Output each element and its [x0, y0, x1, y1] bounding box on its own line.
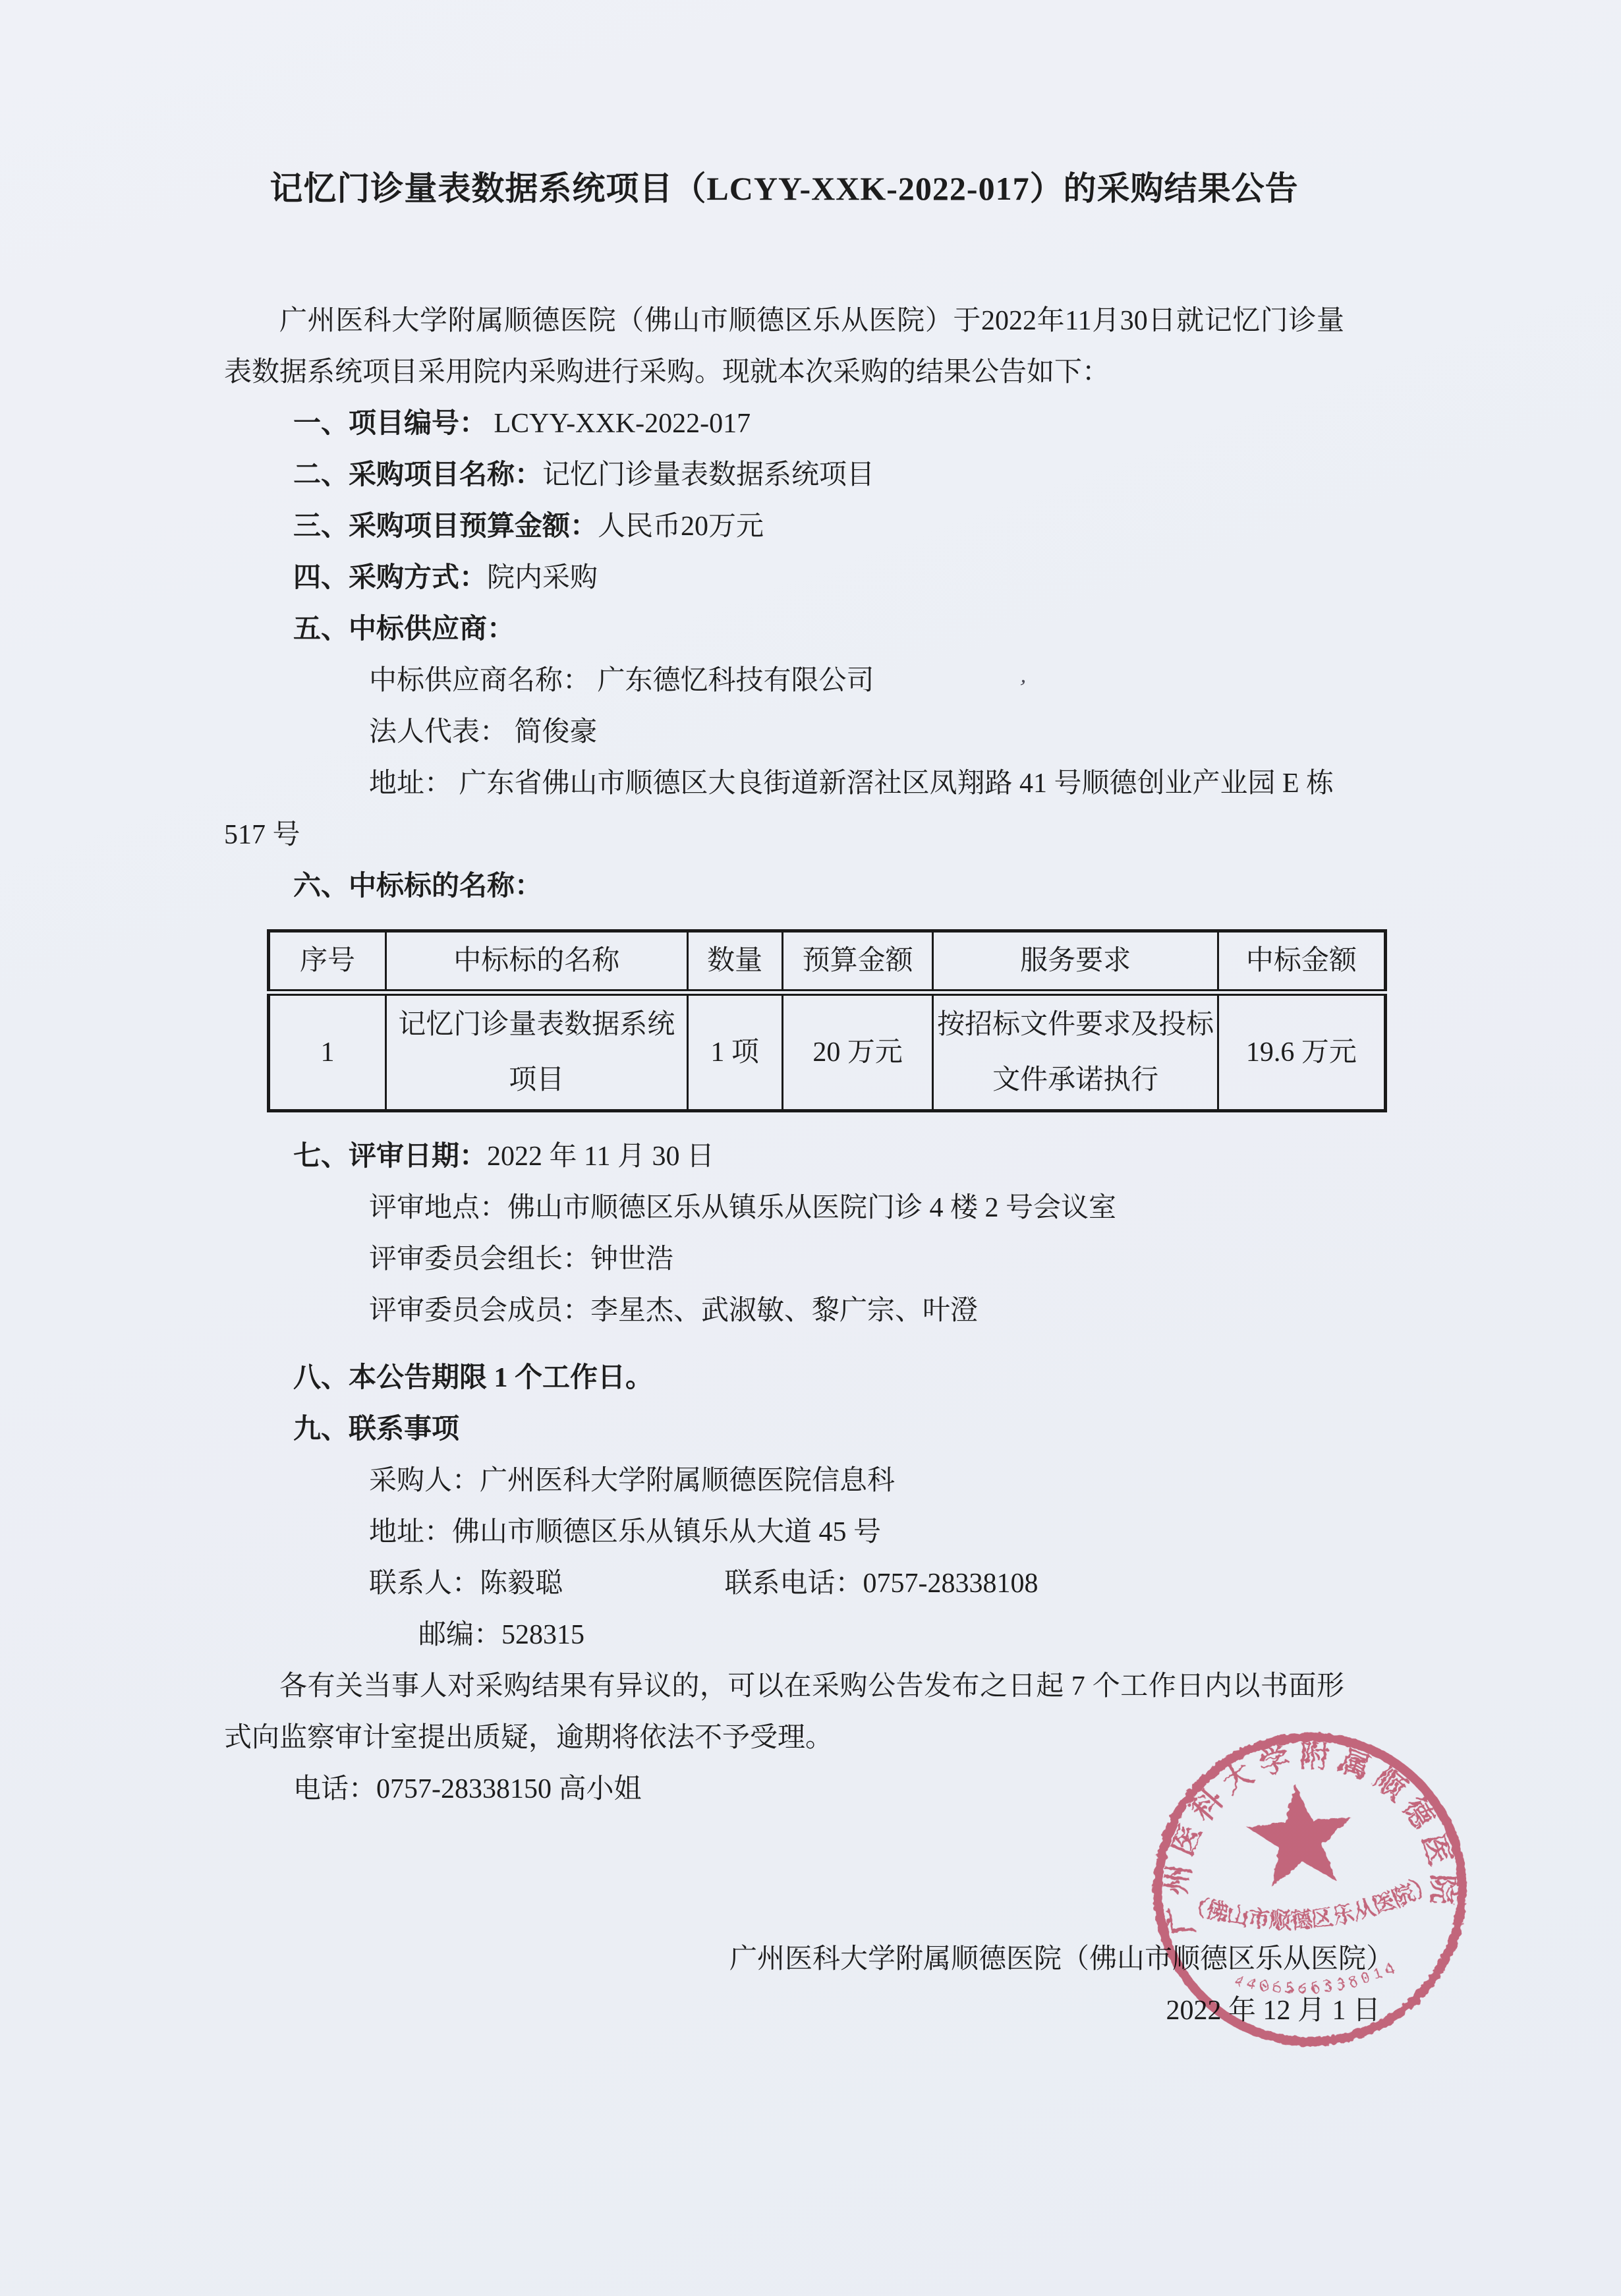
contact-phone: 联系电话：0757-28338108 — [725, 1558, 1038, 1609]
table-header-row: 序号 中标标的名称 数量 预算金额 服务要求 中标金额 — [269, 931, 1386, 992]
contact-person: 联系人：陈毅聪 — [369, 1558, 563, 1609]
cell-requirement: 按招标文件要求及投标文件承诺执行 — [933, 992, 1218, 1111]
notice-period-line: 八、本公告期限 1 个工作日。 — [293, 1352, 1344, 1404]
item-budget: 三、采购项目预算金额：人民币20万元 — [293, 501, 1344, 552]
cell-name: 记忆门诊量表数据系统项目 — [385, 992, 687, 1111]
seal-inner-text: （佛山市顺德区乐从医院） — [1180, 1870, 1440, 1943]
award-table: 序号 中标标的名称 数量 预算金额 服务要求 中标金额 1 记忆门诊量表数据系统… — [267, 929, 1387, 1112]
item-project-name: 二、采购项目名称：记忆门诊量表数据系统项目 — [293, 449, 1344, 501]
col-qty: 数量 — [687, 931, 782, 992]
official-seal-stamp: 广州医科大学附属顺德医院 （佛山市顺德区乐从医院） 4406566338014 — [1149, 1723, 1478, 2063]
supplier-address-line: 地址： 广东省佛山市顺德区大良街道新滘社区凤翔路 41 号顺德创业产业园 E 栋 — [369, 758, 1344, 809]
item-value: LCYY-XXK-2022-017 — [487, 409, 751, 439]
review-leader-line: 评审委员会组长：钟世浩 — [369, 1234, 1344, 1285]
item-label: 二、采购项目名称： — [293, 460, 542, 490]
scanned-document-page: 记忆门诊量表数据系统项目（LCYY-XXK-2022-017）的采购结果公告 广… — [0, 0, 1621, 2296]
contact-heading: 九、联系事项 — [293, 1404, 1344, 1455]
item-method: 四、采购方式：院内采购 — [293, 552, 1344, 604]
award-table-header: 序号 中标标的名称 数量 预算金额 服务要求 中标金额 — [269, 931, 1386, 992]
cell-serial: 1 — [269, 992, 386, 1111]
review-members-line: 评审委员会成员：李星杰、武淑敏、黎广宗、叶澄 — [369, 1285, 1344, 1336]
star-icon — [1243, 1779, 1356, 1888]
item-supplier-heading: 五、中标供应商： — [293, 604, 1344, 655]
item-value: 记忆门诊量表数据系统项目 — [542, 460, 874, 490]
contact-person-row: 联系人：陈毅聪 联系电话：0757-28338108 邮编：528315 — [224, 1558, 1344, 1661]
seal-serial-number: 4406566338014 — [1231, 1958, 1402, 2004]
col-budget: 预算金额 — [782, 931, 933, 992]
intro-paragraph: 广州医科大学附属顺德医院（佛山市顺德区乐从医院）于2022年11月30日就记忆门… — [224, 295, 1344, 398]
review-date-label: 七、评审日期： — [293, 1141, 487, 1172]
contact-purchaser-line: 采购人：广州医科大学附属顺德医院信息科 — [369, 1455, 1344, 1507]
col-serial: 序号 — [269, 931, 386, 992]
item-label: 一、项目编号： — [293, 409, 487, 439]
item-label: 四、采购方式： — [293, 563, 487, 593]
col-requirement: 服务要求 — [933, 931, 1218, 992]
supplier-name-line: 中标供应商名称： 广东德忆科技有限公司 — [369, 655, 1344, 706]
page-title: 记忆门诊量表数据系统项目（LCYY-XXK-2022-017）的采购结果公告 — [198, 169, 1371, 208]
item-value: 院内采购 — [487, 563, 598, 593]
supplier-address-line2: 517 号 — [224, 809, 1344, 861]
contact-address-line: 地址：佛山市顺德区乐从镇乐从大道 45 号 — [369, 1507, 1344, 1558]
item-label: 三、采购项目预算金额： — [293, 511, 598, 542]
review-place-line: 评审地点：佛山市顺德区乐从镇乐从医院门诊 4 楼 2 号会议室 — [369, 1182, 1344, 1234]
award-table-heading: 六、中标标的名称： — [293, 861, 1344, 912]
item-project-number: 一、项目编号： LCYY-XXK-2022-017 — [293, 398, 1344, 449]
review-date-line: 七、评审日期：2022 年 11 月 30 日 — [293, 1131, 1344, 1182]
table-row: 1 记忆门诊量表数据系统项目 1 项 20 万元 按招标文件要求及投标文件承诺执… — [269, 992, 1386, 1111]
item-value: 人民币20万元 — [598, 511, 764, 542]
cell-qty: 1 项 — [687, 992, 782, 1111]
col-name: 中标标的名称 — [385, 931, 687, 992]
col-amount: 中标金额 — [1218, 931, 1385, 992]
supplier-legal-line: 法人代表： 简俊豪 — [369, 706, 1344, 758]
review-date-value: 2022 年 11 月 30 日 — [487, 1141, 714, 1172]
cell-budget: 20 万元 — [782, 992, 933, 1111]
contact-postcode: 邮编：528315 — [418, 1609, 584, 1661]
item-label: 五、中标供应商： — [293, 614, 515, 645]
cell-amount: 19.6 万元 — [1218, 992, 1385, 1111]
